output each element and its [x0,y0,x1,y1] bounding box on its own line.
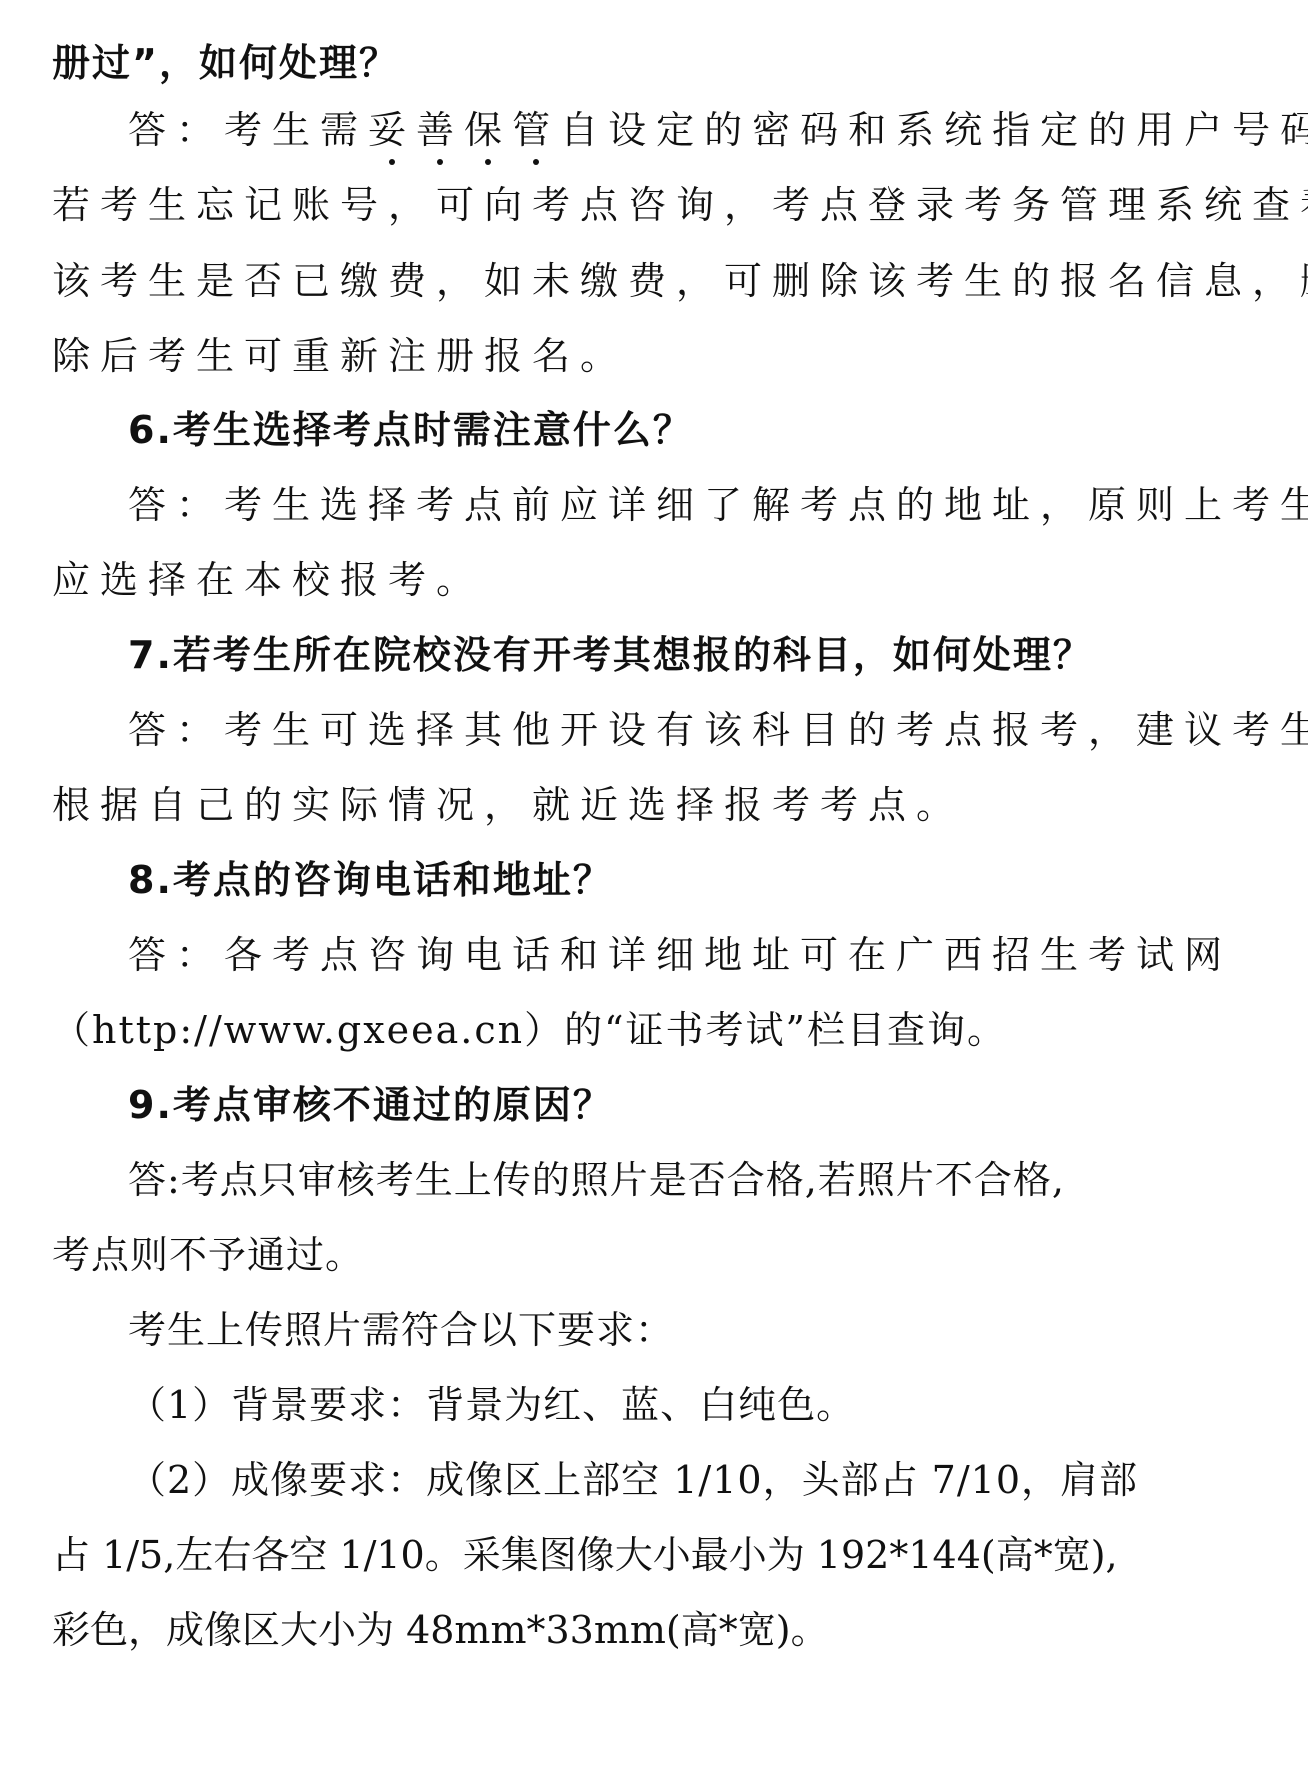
question-9: 9.考点审核不通过的原因？ [128,1080,613,1130]
answer-line: 考点则不予通过。 [52,1230,364,1280]
question-6: 6.考生选择考点时需注意什么？ [128,405,693,455]
answer-line-with-url: （http://www.gxeea.cn）的“证书考试”栏目查询。 [52,1005,1007,1055]
requirement-item-1: （1）背景要求：背景为红、蓝、白纯色。 [128,1380,855,1430]
emphasized-char: 妥 [368,105,416,155]
answer-line: 答：考生选择考点前应详细了解考点的地址，原则上考生 [128,480,1308,530]
document-page: 册过”，如何处理？ 答：考生需妥善保管自设定的密码和系统指定的用户号码。 若考生… [0,0,1308,1769]
emphasized-char: 管 [512,105,560,155]
requirement-item-2-cont: 占 1/5,左右各空 1/10。采集图像大小最小为 192*144(高*宽), [52,1530,1118,1580]
answer-line: 答：考生可选择其他开设有该科目的考点报考，建议考生 [128,705,1308,755]
answer-line: 该考生是否已缴费，如未缴费，可删除该考生的报名信息，删 [52,256,1308,306]
requirements-intro: 考生上传照片需符合以下要求： [128,1305,674,1355]
question-7: 7.若考生所在院校没有开考其想报的科目，如何处理？ [128,630,1093,680]
answer-line: 答：各考点咨询电话和详细地址可在广西招生考试网 [128,930,1232,980]
question-continuation: 册过”，如何处理？ [52,38,399,88]
requirement-item-2-cont: 彩色，成像区大小为 48mm*33mm(高*宽)。 [52,1605,829,1655]
emphasized-char: 保 [464,105,512,155]
answer-line: 答:考点只审核考生上传的照片是否合格,若照片不合格, [128,1155,1065,1205]
answer-text: 自设定的密码和系统指定的用户号码。 [560,108,1308,152]
answer-line: 除后考生可重新注册报名。 [52,331,628,381]
answer-line: 应选择在本校报考。 [52,555,484,605]
emphasized-char: 善 [416,105,464,155]
question-8: 8.考点的咨询电话和地址？ [128,855,613,905]
answer-line: 若考生忘记账号，可向考点咨询，考点登录考务管理系统查看 [52,180,1308,230]
answer-line: 根据自己的实际情况，就近选择报考考点。 [52,780,964,830]
answer-text: 答：考生需 [128,108,368,152]
requirement-item-2: （2）成像要求：成像区上部空 1/10，头部占 7/10，肩部 [128,1455,1138,1505]
answer-line: 答：考生需妥善保管自设定的密码和系统指定的用户号码。 [128,105,1308,155]
